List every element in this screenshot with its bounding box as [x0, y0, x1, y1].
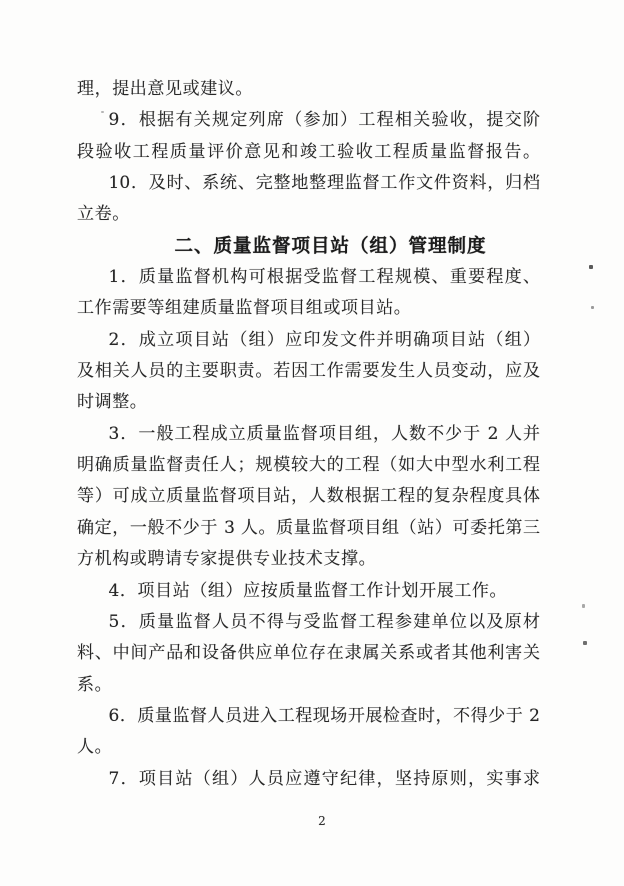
scanned-document-page: 理，提出意见或建议。9．根据有关规定列席（参加）工程相关验收，提交阶段验收工程质…	[0, 0, 624, 886]
text-line: 料、中间产品和设备供应单位存在隶属关系或者其他利害关	[77, 638, 540, 669]
text-line: 1．质量监督机构可根据受监督工程规模、重要程度、	[77, 262, 540, 293]
scan-speck	[589, 265, 593, 269]
text-line: 7．项目站（组）人员应遵守纪律，坚持原则，实事求	[77, 764, 540, 795]
text-line: 6．质量监督人员进入工程现场开展检查时，不得少于 2	[77, 701, 540, 732]
text-line: 方机构或聘请专家提供专业技术支撑。	[77, 544, 540, 575]
text-line: 等）可成立质量监督项目站，人数根据工程的复杂程度具体	[77, 481, 540, 512]
text-line: 立卷。	[77, 199, 540, 230]
scan-speck	[582, 604, 585, 608]
text-line: 段验收工程质量评价意见和竣工验收工程质量监督报告。	[77, 137, 540, 168]
text-line: 时调整。	[77, 387, 540, 418]
text-line: 明确质量监督责任人；规模较大的工程（如大中型水利工程	[77, 450, 540, 481]
scan-speck	[591, 306, 594, 309]
text-line: 工作需要等组建质量监督项目组或项目站。	[77, 293, 540, 324]
text-line: 及相关人员的主要职责。若因工作需要发生人员变动，应及	[77, 356, 540, 387]
text-line: 2．成立项目站（组）应印发文件并明确项目站（组）	[77, 325, 540, 356]
document-body: 理，提出意见或建议。9．根据有关规定列席（参加）工程相关验收，提交阶段验收工程质…	[77, 74, 540, 795]
text-line: 确定，一般不少于 3 人。质量监督项目组（站）可委托第三	[77, 513, 540, 544]
text-line: 5．质量监督人员不得与受监督工程参建单位以及原材	[77, 607, 540, 638]
text-line: 10．及时、系统、完整地整理监督工作文件资料，归档	[77, 168, 540, 199]
scan-speck	[101, 111, 104, 113]
text-line: 9．根据有关规定列席（参加）工程相关验收，提交阶	[77, 105, 540, 136]
page-number: 2	[10, 814, 624, 828]
text-line: 理，提出意见或建议。	[77, 74, 540, 105]
text-line: 3．一般工程成立质量监督项目组，人数不少于 2 人并	[77, 419, 540, 450]
text-line: 人。	[77, 732, 540, 763]
scan-speck	[583, 641, 587, 645]
section-heading: 二、质量监督项目站（组）管理制度	[121, 231, 540, 262]
text-line: 系。	[77, 670, 540, 701]
text-line: 4．项目站（组）应按质量监督工作计划开展工作。	[77, 576, 540, 607]
